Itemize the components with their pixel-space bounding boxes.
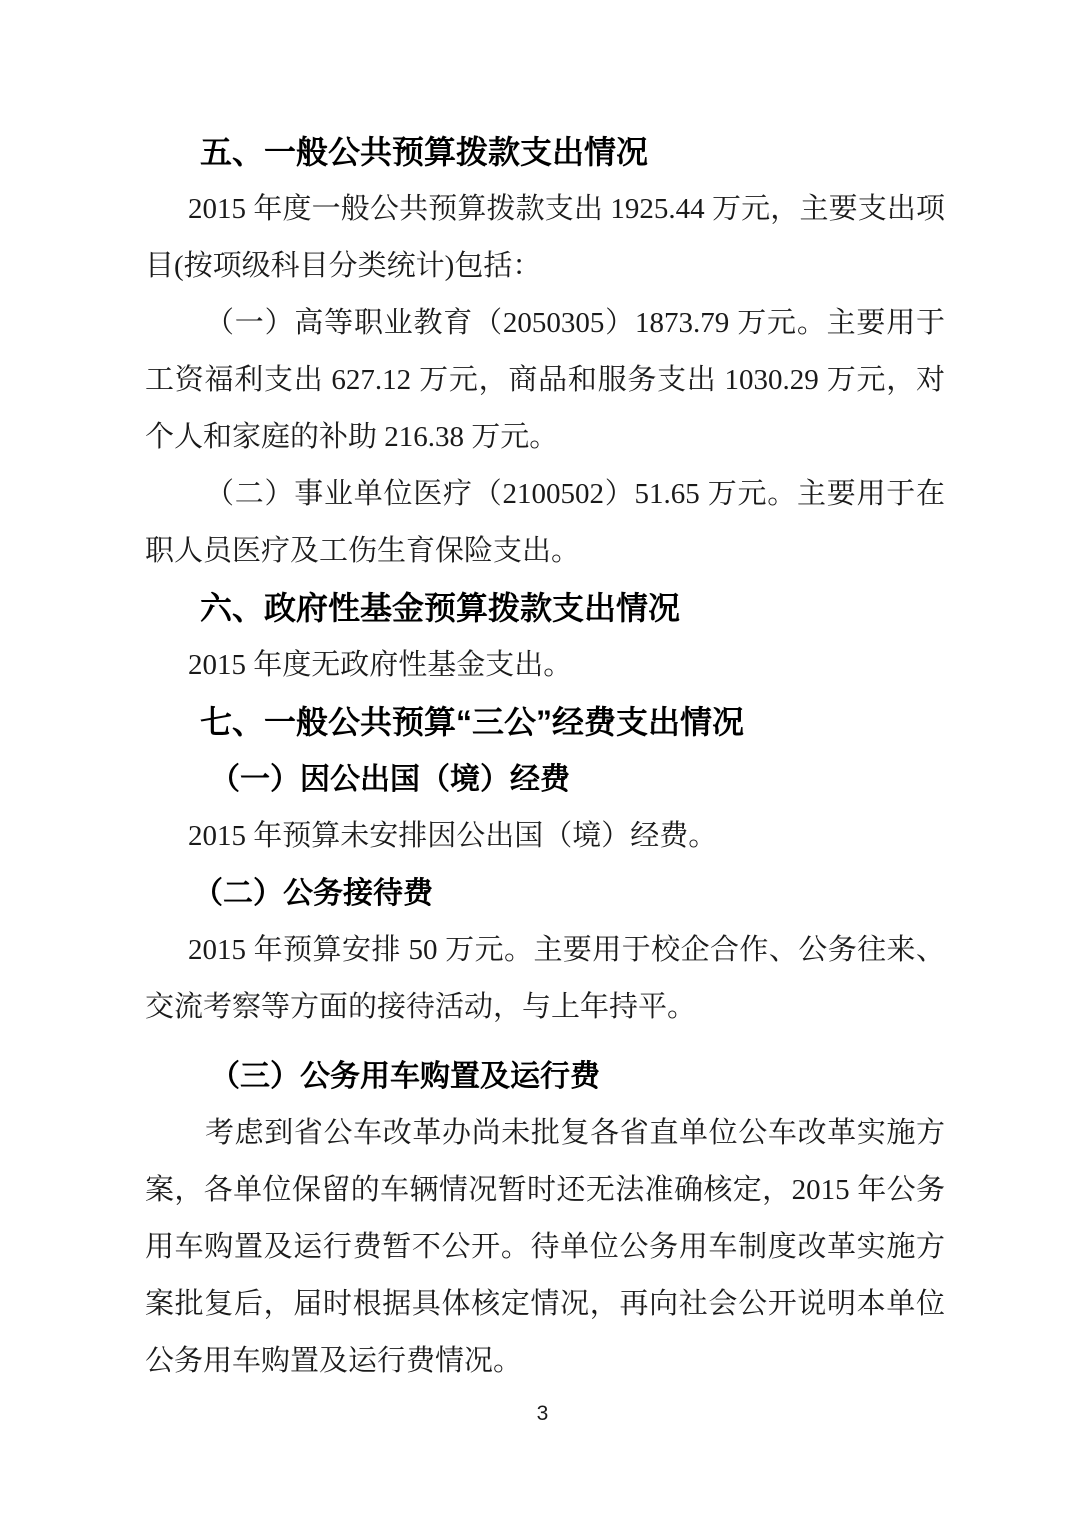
subsection-heading-2: （二）公务接待费 xyxy=(145,865,945,922)
subsection-heading-3: （三）公务用车购置及运行费 xyxy=(145,1048,945,1105)
paragraph-line: 工资福利支出 627.12 万元，商品和服务支出 1030.29 万元，对 xyxy=(145,352,945,409)
paragraph-line: 2015 年度无政府性基金支出。 xyxy=(145,637,945,694)
paragraph-line: 职人员医疗及工伤生育保险支出。 xyxy=(145,523,945,580)
paragraph-line: 公务用车购置及运行费情况。 xyxy=(145,1333,945,1390)
paragraph-line: （一）高等职业教育（2050305）1873.79 万元。主要用于 xyxy=(145,295,945,352)
section-heading-6: 六、政府性基金预算拨款支出情况 xyxy=(145,580,945,637)
paragraph-line: 考虑到省公车改革办尚未批复各省直单位公车改革实施方 xyxy=(145,1105,945,1162)
paragraph-line: 2015 年预算未安排因公出国（境）经费。 xyxy=(145,808,945,865)
document-body: 五、一般公共预算拨款支出情况 2015 年度一般公共预算拨款支出 1925.44… xyxy=(145,124,945,1390)
paragraph-line: 案，各单位保留的车辆情况暂时还无法准确核定，2015 年公务 xyxy=(145,1162,945,1219)
section-heading-5: 五、一般公共预算拨款支出情况 xyxy=(145,124,945,181)
paragraph-line: 目(按项级科目分类统计)包括： xyxy=(145,238,945,295)
subsection-heading-1: （一）因公出国（境）经费 xyxy=(145,751,945,808)
paragraph-line: 案批复后，届时根据具体核定情况，再向社会公开说明本单位 xyxy=(145,1276,945,1333)
paragraph-line: 用车购置及运行费暂不公开。待单位公务用车制度改革实施方 xyxy=(145,1219,945,1276)
page-number: 3 xyxy=(0,1400,1085,1428)
paragraph-line: 个人和家庭的补助 216.38 万元。 xyxy=(145,409,945,466)
document-page: 五、一般公共预算拨款支出情况 2015 年度一般公共预算拨款支出 1925.44… xyxy=(0,0,1085,1536)
paragraph-line: 2015 年预算安排 50 万元。主要用于校企合作、公务往来、 xyxy=(145,922,945,979)
paragraph-line: （二）事业单位医疗（2100502）51.65 万元。主要用于在 xyxy=(145,466,945,523)
paragraph-line: 交流考察等方面的接待活动，与上年持平。 xyxy=(145,979,945,1036)
section-heading-7: 七、一般公共预算“三公”经费支出情况 xyxy=(145,694,945,751)
paragraph-line: 2015 年度一般公共预算拨款支出 1925.44 万元，主要支出项 xyxy=(145,181,945,238)
